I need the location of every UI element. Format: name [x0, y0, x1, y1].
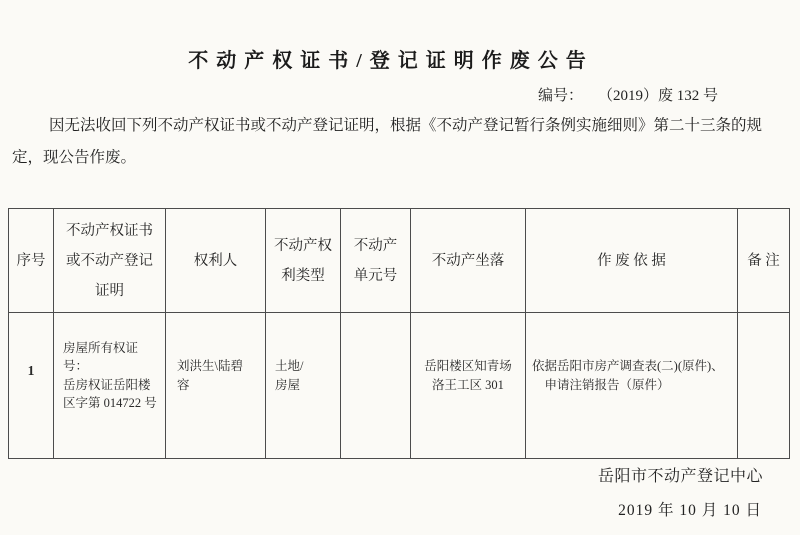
doc-number: 编号： （2019）废 132 号 — [538, 84, 718, 105]
cell-holder: 刘洪生\陆碧 容 — [166, 313, 266, 459]
cell-location: 岳阳楼区知青场 洛王工区 301 — [411, 313, 526, 459]
cell-certificate: 房屋所有权证号： 岳房权证岳阳楼 区字第 014722 号 — [54, 313, 166, 459]
doc-number-label: 编号： — [538, 84, 583, 105]
column-header-right-type: 不动产权 利类型 — [266, 209, 341, 313]
invalidation-table: 序号 不动产权证书 或不动产登记 证明 权利人 不动产权 利类型 不动产 单元号… — [8, 208, 790, 459]
doc-number-value: （2019）废 132 号 — [598, 84, 718, 105]
cell-note — [738, 313, 790, 459]
column-header-seq: 序号 — [9, 209, 54, 313]
column-header-certificate: 不动产权证书 或不动产登记 证明 — [54, 209, 166, 313]
footer-date: 2019 年 10 月 10 日 — [618, 498, 762, 520]
cell-unit-no — [341, 313, 411, 459]
column-header-note: 备 注 — [738, 209, 790, 313]
column-header-holder: 权利人 — [166, 209, 266, 313]
table-header-row: 序号 不动产权证书 或不动产登记 证明 权利人 不动产权 利类型 不动产 单元号… — [9, 209, 790, 313]
body-paragraph: 因无法收回下列不动产权证书或不动产登记证明，根据《不动产登记暂行条例实施细则》第… — [12, 110, 792, 174]
table-row: 1 房屋所有权证号： 岳房权证岳阳楼 区字第 014722 号 刘洪生\陆碧 容… — [9, 313, 790, 459]
footer-issuer: 岳阳市不动产登记中心 — [598, 463, 763, 486]
page-title: 不动产权证书/登记证明作废公告 — [0, 44, 782, 73]
cell-right-type: 土地/ 房屋 — [266, 313, 341, 459]
cell-basis: 依据岳阳市房产调查表(二)(原件)、 申请注销报告（原件） — [526, 313, 738, 459]
column-header-unit-no: 不动产 单元号 — [341, 209, 411, 313]
scanned-notice-document: 不动产权证书/登记证明作废公告 编号： （2019）废 132 号 因无法收回下… — [0, 0, 800, 535]
column-header-location: 不动产坐落 — [411, 209, 526, 313]
column-header-basis: 作 废 依 据 — [526, 209, 738, 313]
cell-seq: 1 — [9, 313, 54, 459]
